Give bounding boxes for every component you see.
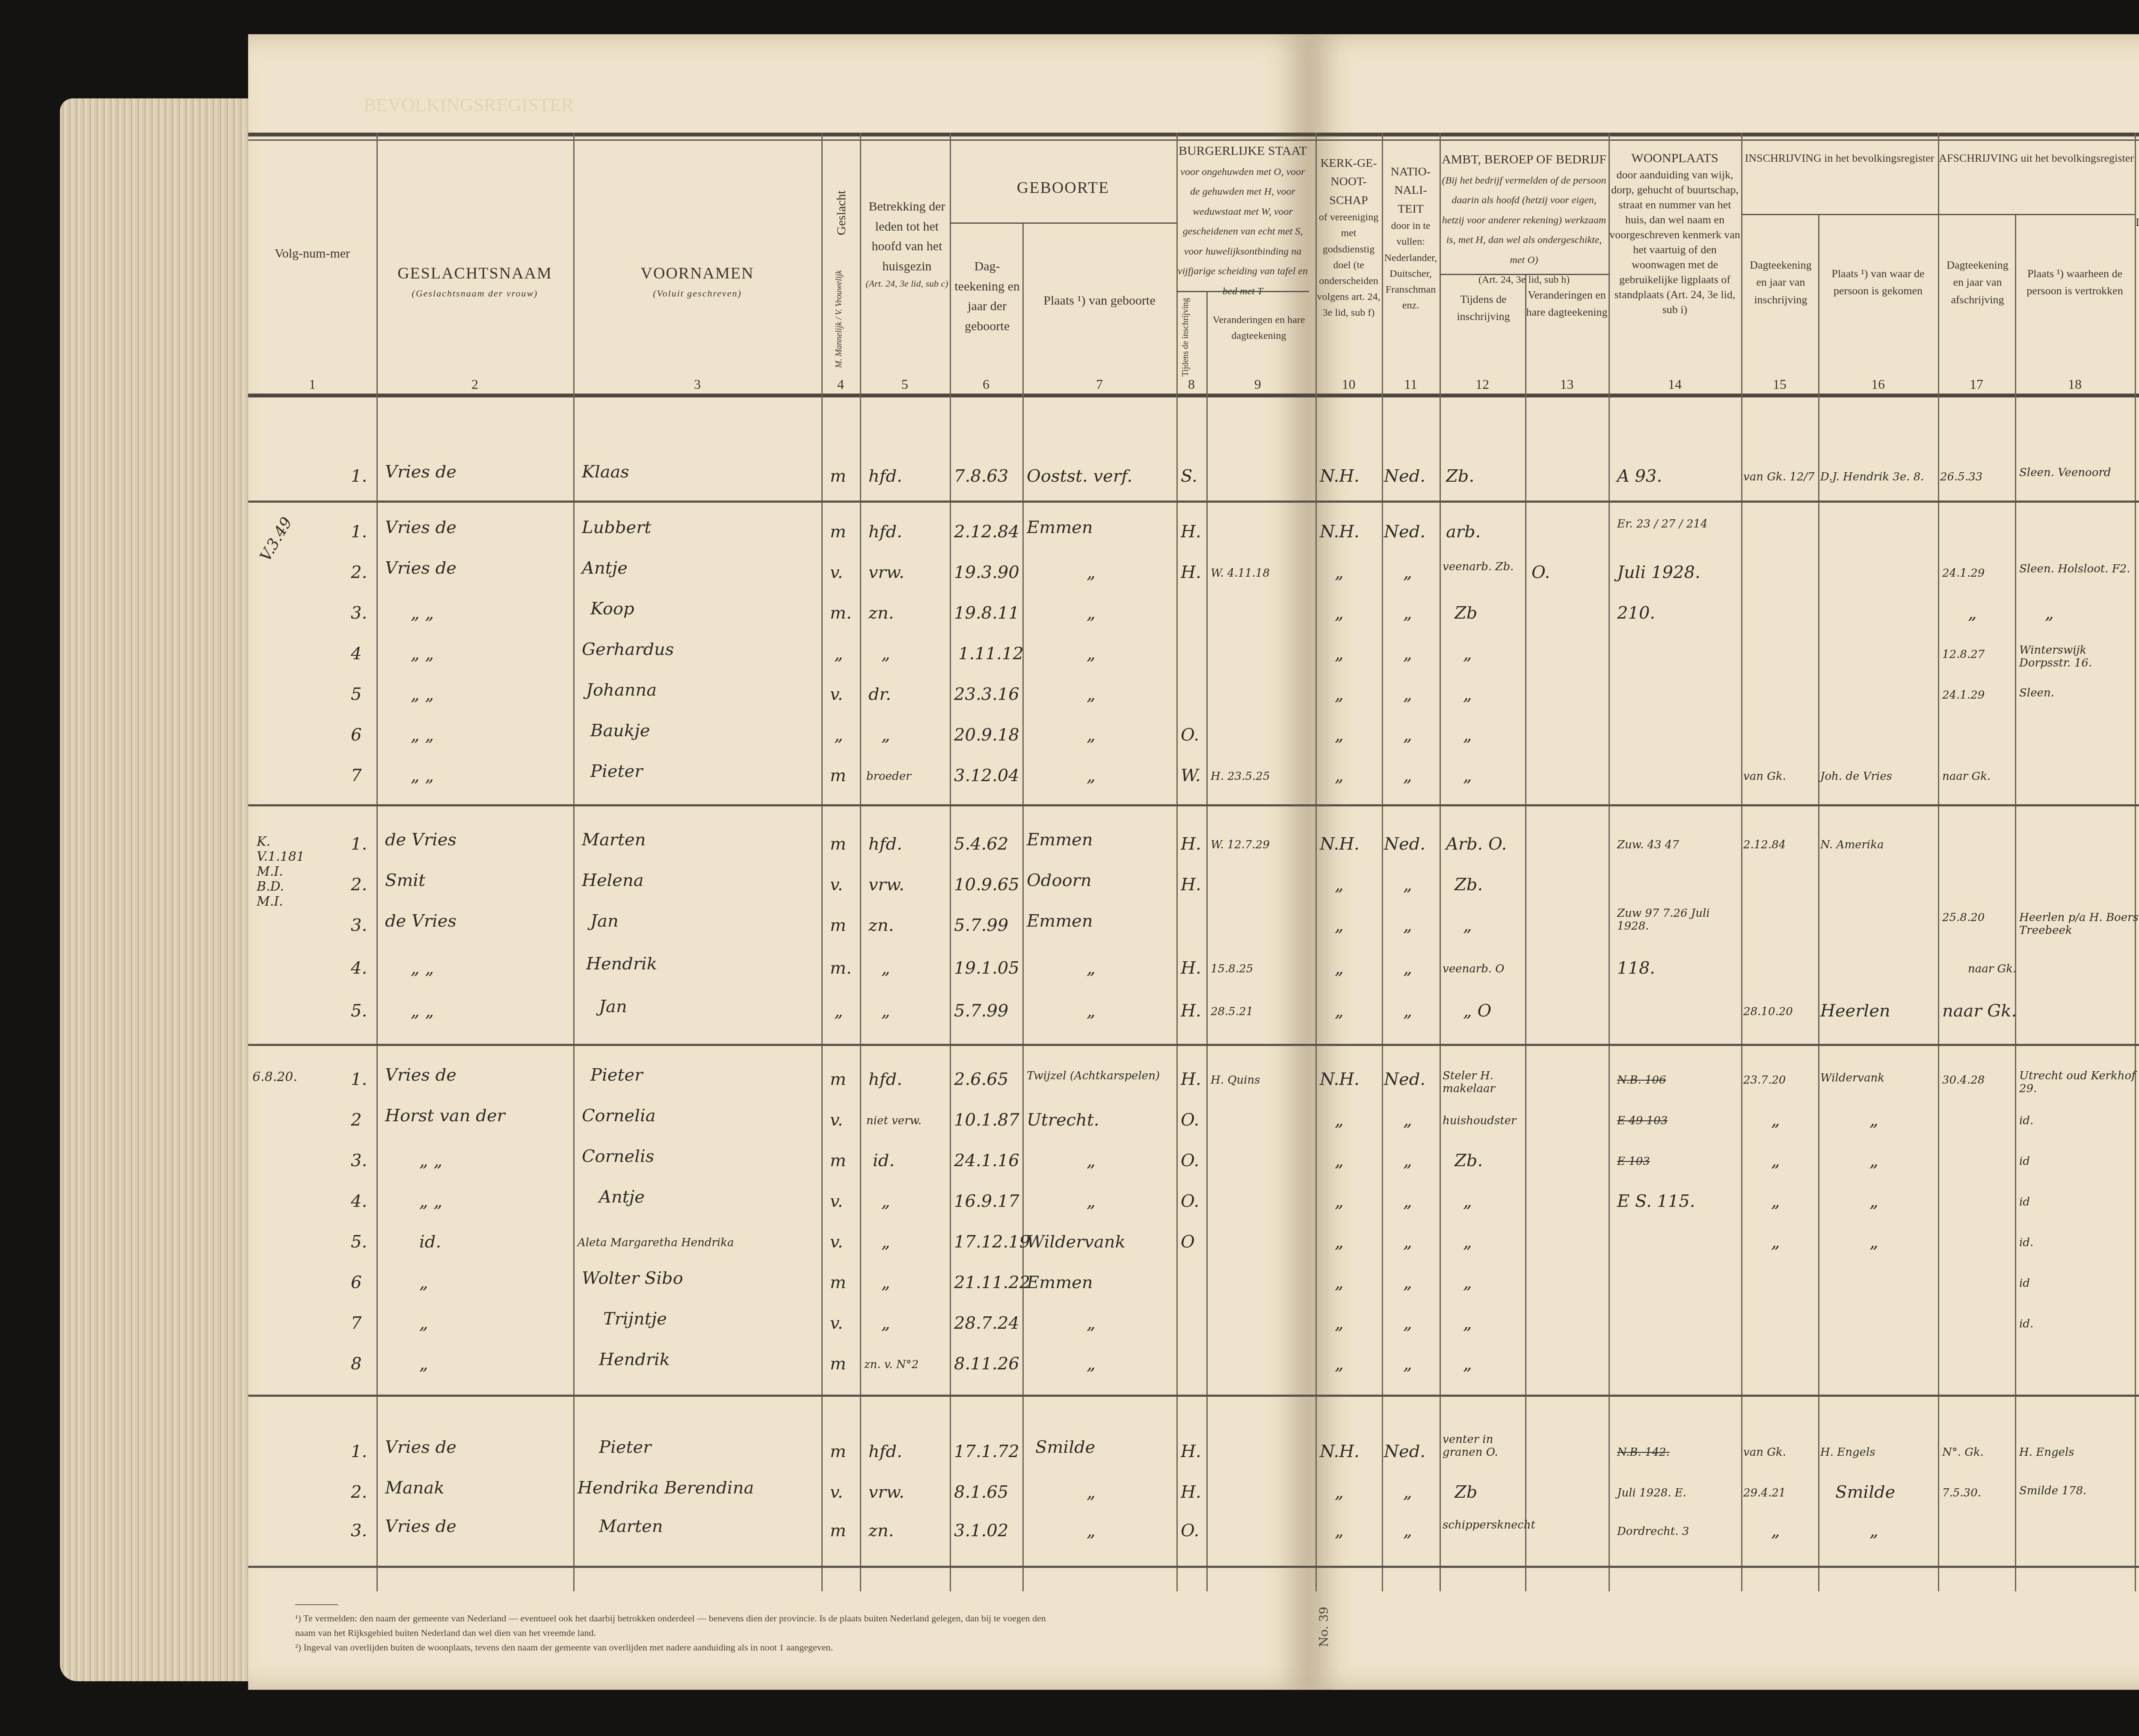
row-given: Cornelia: [582, 1106, 656, 1126]
row-sex: v.: [830, 684, 843, 704]
colnum-9: 9: [1206, 376, 1309, 392]
row-church: N.H.: [1320, 1442, 1360, 1461]
col-divider: [2015, 214, 2016, 1591]
row-sex: v.: [830, 1482, 843, 1502]
row-given: Hendrika Berendina: [578, 1478, 754, 1498]
geboorte-subrule: [950, 222, 1176, 224]
col5-label: Betrekking der leden tot het hoofd van h…: [868, 199, 945, 273]
row-in-place: „: [1869, 1191, 1878, 1211]
row-nationality: „: [1403, 1354, 1412, 1374]
row-given: Trijntje: [603, 1309, 667, 1329]
row-given: Pieter: [590, 761, 643, 781]
row-sex: m: [830, 834, 846, 854]
row-surname: Vries de: [385, 1065, 456, 1085]
row-out-date: 25.8.20: [1942, 911, 1985, 924]
row-out-place: Heerlen p/a H. Boersma, Het Treebeek: [2019, 911, 2139, 937]
row-birth-date: 3.1.02: [954, 1521, 1008, 1540]
row-surname: „ „: [411, 1001, 434, 1021]
row-out-date: id.: [2019, 1318, 2033, 1330]
row-given: Wolter Sibo: [582, 1268, 683, 1288]
col16-label: Plaats ¹) van waar de persoon is gekomen: [1818, 265, 1938, 300]
row-birth-place: Smilde: [1035, 1437, 1095, 1457]
ambt-title: AMBT, BEROEP OF BEDRIJF: [1442, 152, 1606, 166]
row-sex: „: [834, 1001, 843, 1021]
row-given: Hendrik: [586, 954, 657, 974]
header-bottom-rule: [248, 394, 1309, 397]
row-out-date: naar Gk.: [1942, 1001, 2017, 1021]
row-church: „: [1335, 766, 1344, 785]
row-given: Pieter: [590, 1065, 643, 1085]
household-divider: [1309, 1395, 2139, 1397]
row-residence: Juli 1928. E.: [1617, 1487, 1686, 1499]
row-surname: „ „: [411, 766, 434, 785]
row-surname: „ „: [411, 958, 434, 978]
header-bottom-rule: [1309, 394, 2139, 397]
row-residence: Er. 23 / 27 / 214: [1617, 518, 1707, 530]
row-civil: O.: [1181, 725, 1199, 745]
row-birth-place: „: [1087, 958, 1096, 978]
right-page: No. 39 Nummer van het blad KERK-GE-NOOT-…: [1309, 34, 2139, 1690]
row-rel: „: [881, 958, 890, 978]
row-nr: 7: [351, 1313, 361, 1333]
row-sex: m: [830, 1273, 846, 1292]
row-birth-place: Emmen: [1027, 518, 1093, 537]
row-in-place: „: [1869, 1151, 1878, 1170]
row-civil: O: [1181, 1232, 1195, 1252]
row-nr: 1.: [351, 522, 367, 542]
row-sex: m: [830, 1442, 846, 1461]
col-divider: [2135, 133, 2136, 1591]
row-civil-change: W. 4.11.18: [1211, 567, 1270, 580]
row-surname: „: [419, 1313, 428, 1333]
row-residence: E 49 103: [1617, 1114, 1668, 1127]
row-civil: W.: [1181, 766, 1201, 785]
row-out-date: 24.1.29: [1942, 689, 1985, 702]
col-divider: [1382, 133, 1383, 1591]
row-birth-place: Emmen: [1027, 1273, 1093, 1292]
row-civil: H.: [1181, 958, 1201, 978]
row-occupation: „: [1463, 1191, 1472, 1211]
row-nationality: „: [1403, 1001, 1412, 1021]
row-given: Johanna: [586, 680, 657, 700]
col1-header: Volg-num-mer: [248, 244, 376, 264]
row-church: „: [1335, 725, 1344, 745]
row-rel: niet verw.: [866, 1114, 921, 1127]
row-occupation: veenarb. Zb.: [1443, 560, 1514, 573]
row-birth-date: 2.6.65: [954, 1069, 1008, 1089]
row-out-date: id: [2019, 1155, 2030, 1168]
row-birth-date: 19.1.05: [954, 958, 1019, 978]
row-nationality: „: [1403, 915, 1412, 935]
row-out-place: Sleen. Holsloot. F2.: [2019, 563, 2135, 575]
book-page-edges: [60, 98, 248, 1681]
colnum-16: 16: [1818, 376, 1938, 392]
row-occupation: Zb.: [1455, 1151, 1483, 1170]
afschrijving-group: AFSCHRIJVING uit het bevolkingsregister: [1938, 150, 2135, 167]
col-divider: [821, 133, 823, 1591]
row-birth-date: 19.3.90: [954, 563, 1019, 582]
row-sex: v.: [830, 1313, 843, 1333]
col3-sub: (Voluit geschreven): [573, 286, 821, 301]
row-birth-place: Emmen: [1027, 830, 1093, 850]
margin-note: K. V.1.181 M.I. B.D. M.I.: [257, 834, 308, 909]
row-birth-place: „: [1087, 725, 1096, 745]
row-birth-date: 19.8.11: [954, 603, 1019, 623]
row-church: „: [1335, 563, 1344, 582]
row-residence: Zuw 97 7.26 Juli 1928.: [1617, 907, 1737, 933]
row-residence: Juli 1928.: [1617, 563, 1701, 582]
row-civil: O.: [1181, 1191, 1199, 1211]
header-top-rule-thin: [248, 139, 1309, 141]
row-in-date: „: [1771, 1151, 1780, 1170]
row-surname: de Vries: [385, 830, 456, 850]
row-nationality: Ned.: [1384, 834, 1425, 854]
footnotes: ¹) Te vermelden: den naam der gemeente v…: [295, 1604, 1065, 1655]
row-sex: v.: [830, 875, 843, 895]
row-rel: hfd.: [868, 834, 902, 854]
col10-header: KERK-GE-NOOT-SCHAP of vereeniging met go…: [1315, 154, 1382, 321]
row-given: Marten: [599, 1517, 663, 1536]
col19-label: Dagteekening en jaar van OVERLIJDEN ²): [2135, 214, 2139, 283]
row-surname: de Vries: [385, 911, 456, 931]
row-in-place: Smilde: [1835, 1482, 1895, 1502]
col14-label: WOONPLAATS: [1631, 151, 1718, 165]
row-given: Koop: [590, 599, 634, 619]
row-nationality: „: [1403, 766, 1412, 785]
row-surname: „: [419, 1354, 428, 1374]
footnote-rule: [295, 1604, 338, 1605]
col-divider: [376, 133, 378, 1591]
row-occupation: „: [1463, 1273, 1472, 1292]
row-given: Jan: [599, 997, 627, 1016]
row-in-place: „: [1869, 1232, 1878, 1252]
row-church: „: [1335, 1521, 1344, 1540]
row-surname: „ „: [419, 1151, 442, 1170]
col11-header: NATIO-NALI-TEIT door in te vullen: Neder…: [1382, 163, 1440, 314]
colnum-7: 7: [1022, 376, 1176, 392]
row-civil: H.: [1181, 1482, 1201, 1502]
row-birth-date: 23.3.16: [954, 684, 1019, 704]
row-surname: Manak: [385, 1478, 444, 1498]
row-given: Hendrik: [599, 1350, 670, 1369]
row-surname: „ „: [411, 603, 434, 623]
col3-label: VOORNAMEN: [641, 264, 754, 282]
colnum-1: 1: [248, 376, 376, 392]
ambt-group: AMBT, BEROEP OF BEDRIJF (Bij het bedrijf…: [1440, 150, 1609, 289]
row-occupation: „ O: [1463, 1001, 1491, 1021]
row-surname: Smit: [385, 871, 425, 890]
row-rel: hfd.: [868, 466, 902, 486]
row-birth-date: 5.7.99: [954, 1001, 1008, 1021]
row-occupation: Zb.: [1455, 875, 1483, 895]
row-church: „: [1335, 1232, 1344, 1252]
row-out-date: 24.1.29: [1942, 567, 1985, 580]
row-in-date: „: [1771, 1110, 1780, 1130]
row-nr: 1.: [351, 1069, 367, 1089]
row-birth-date: 5.4.62: [954, 834, 1008, 854]
geboorte-group: GEBOORTE: [950, 175, 1176, 201]
row-in-place: Heerlen: [1820, 1001, 1890, 1021]
household-divider: [248, 501, 1309, 503]
row-birth-place: Wildervank: [1027, 1232, 1126, 1252]
row-rel: vrw.: [868, 1482, 904, 1502]
margin-note: V.3.49: [257, 514, 296, 564]
row-birth-date: 8.1.65: [954, 1482, 1008, 1502]
row-occupation: huishoudster: [1443, 1114, 1517, 1127]
row-nr: 4: [351, 644, 361, 664]
household-divider: [248, 1044, 1309, 1046]
row-in-date: „: [1771, 1521, 1780, 1540]
row-sex: v.: [830, 1191, 843, 1211]
row-out-place: Utrecht oud Kerkhof 29.: [2019, 1069, 2139, 1095]
col11-sub: door in te vullen: Nederlander, Duitsche…: [1382, 218, 1440, 314]
row-birth-place: „: [1087, 1354, 1096, 1374]
colnum-8: 8: [1176, 376, 1206, 392]
row-surname: Vries de: [385, 462, 456, 482]
row-church: „: [1335, 875, 1344, 895]
row-given: Baukje: [590, 721, 650, 741]
row-rel: „: [881, 1001, 890, 1021]
row-birth-place: „: [1087, 644, 1096, 664]
row-civil: H.: [1181, 1069, 1201, 1089]
row-surname: „: [419, 1273, 428, 1292]
row-given: Helena: [582, 871, 644, 890]
row-occupation: schippersknecht: [1443, 1519, 1524, 1532]
row-in-date: 2.12.84: [1743, 838, 1786, 851]
colnum-13: 13: [1525, 376, 1609, 392]
row-in-date: 28.10.20: [1743, 1005, 1793, 1018]
row-church: „: [1335, 1354, 1344, 1374]
row-nr: 3.: [351, 603, 367, 623]
burgerlijke-note: voor ongehuwden met O, voor de gehuwden …: [1178, 166, 1308, 297]
row-out-place: Sleen. Veenoord: [2019, 466, 2130, 479]
row-rel: dr.: [868, 684, 891, 704]
row-occupation: veenarb. O: [1443, 963, 1505, 975]
row-birth-date: 10.1.87: [954, 1110, 1019, 1130]
row-birth-date: 3.12.04: [954, 766, 1019, 785]
row-rel: zn.: [868, 603, 894, 623]
col14-header: WOONPLAATS door aanduiding van wijk, dor…: [1609, 150, 1741, 317]
row-residence: E S. 115.: [1617, 1191, 1695, 1211]
row-in-date: van Gk. 12/7: [1743, 471, 1815, 483]
row-given: Antje: [582, 558, 628, 578]
row-nr: 2: [351, 1110, 361, 1130]
row-rel: hfd.: [868, 1069, 902, 1089]
row-nr: 1.: [351, 1442, 367, 1461]
row-out-date: id: [2019, 1277, 2030, 1290]
row-church: „: [1335, 1001, 1344, 1021]
col-divider: [1315, 133, 1317, 1591]
row-surname: Vries de: [385, 518, 456, 537]
row-church: „: [1335, 1482, 1344, 1502]
row-civil: H.: [1181, 563, 1201, 582]
row-birth-date: 28.7.24: [954, 1313, 1019, 1333]
row-nr: 2.: [351, 563, 367, 582]
colnum-2: 2: [376, 376, 573, 392]
row-rel: „: [881, 1273, 890, 1292]
row-nationality: Ned.: [1384, 522, 1425, 542]
row-birth-place: „: [1087, 766, 1096, 785]
col6-label: Dag-teekening en jaar der geboorte: [952, 257, 1022, 336]
row-nr: 3.: [351, 1151, 367, 1170]
left-page: BEVOLKINGSREGISTER Volg-num-mer GESLACHT…: [248, 34, 1309, 1690]
row-nr: 1.: [351, 834, 367, 854]
row-birth-place: Twijzel (Achtkarspelen): [1027, 1069, 1172, 1082]
col1-label: Volg-num-mer: [275, 246, 350, 261]
row-nr: 5: [351, 684, 361, 704]
row-rel: hfd.: [868, 522, 902, 542]
row-birth-date: 1.11.12: [958, 644, 1024, 664]
row-church: „: [1335, 1191, 1344, 1211]
row-rel: „: [881, 725, 890, 745]
row-birth-place: „: [1087, 603, 1096, 623]
row-church: „: [1335, 958, 1344, 978]
col12-label: Tijdens de inschrijving: [1442, 291, 1525, 326]
row-nationality: „: [1403, 1191, 1412, 1211]
row-surname: Vries de: [385, 1437, 456, 1457]
row-residence: E 103: [1617, 1155, 1650, 1168]
row-nr: 6: [351, 725, 361, 745]
row-birth-date: 21.11.22: [954, 1273, 1030, 1292]
ambt-art: (Art. 24, 3e lid, sub h): [1478, 274, 1570, 285]
row-church: „: [1335, 684, 1344, 704]
row-nationality: „: [1403, 1232, 1412, 1252]
row-birth-date: 16.9.17: [954, 1191, 1019, 1211]
row-occupation: „: [1463, 684, 1472, 704]
row-sex: v.: [830, 563, 843, 582]
row-occupation: „: [1463, 915, 1472, 935]
row-rel: vrw.: [868, 563, 904, 582]
row-sex: „: [834, 644, 843, 664]
row-nr: 3.: [351, 915, 367, 935]
colnum-3: 3: [573, 376, 821, 392]
row-sex: v.: [830, 1232, 843, 1252]
row-occupation: „: [1463, 1232, 1472, 1252]
row-residence: Dordrecht. 3: [1617, 1525, 1689, 1538]
household-divider: [248, 1395, 1309, 1397]
row-nr: 8: [351, 1354, 361, 1374]
row-sex: „: [834, 725, 843, 745]
row-residence: Zuw. 43 47: [1617, 838, 1679, 851]
col13-label: Veranderingen en hare dagteekening: [1525, 287, 1609, 321]
row-nr: 3.: [351, 1521, 367, 1540]
row-occupation: Zb: [1455, 603, 1477, 623]
margin-note: 6.8.20.: [252, 1069, 297, 1084]
row-rel: zn. v. N°2: [864, 1358, 918, 1371]
col3-header: VOORNAMEN (Voluit geschreven): [573, 261, 821, 301]
row-out-place: Smilde 178.: [2019, 1484, 2130, 1497]
row-birth-place: „: [1087, 1151, 1096, 1170]
row-church: „: [1335, 644, 1344, 664]
col18-label: Plaats ¹) waarheen de persoon is vertrok…: [2015, 265, 2135, 300]
row-residence: N.B. 142.: [1617, 1446, 1670, 1459]
row-given: Antje: [599, 1187, 645, 1207]
row-in-place: N. Amerika: [1820, 838, 1884, 851]
row-birth-date: 10.9.65: [954, 875, 1019, 895]
row-in-date: „: [1771, 1191, 1780, 1211]
header-top-rule: [248, 133, 1309, 136]
row-occupation: venter in granen O.: [1443, 1433, 1524, 1459]
col11-label: NATIO-NALI-TEIT: [1391, 165, 1431, 216]
row-out-date: id: [2019, 1196, 2030, 1209]
colnum-5: 5: [860, 376, 950, 392]
row-nationality: „: [1403, 875, 1412, 895]
row-birth-place: „: [1087, 1482, 1096, 1502]
row-civil: O.: [1181, 1521, 1199, 1540]
col15-label: Dagteekening en jaar van inschrijving: [1743, 257, 1818, 308]
footnote-2: ²) Ingeval van overlijden buiten de woon…: [295, 1640, 1065, 1655]
row-birth-date: 17.12.19: [954, 1232, 1030, 1252]
row-surname: Vries de: [385, 1517, 456, 1536]
colnum-15: 15: [1741, 376, 1818, 392]
row-in-date: 29.4.21: [1743, 1487, 1786, 1499]
row-in-place: Wildervank: [1820, 1072, 1884, 1084]
colnum-17: 17: [1938, 376, 2015, 392]
row-nr: 4.: [351, 1191, 367, 1211]
row-civil: H.: [1181, 834, 1201, 854]
row-civil-change: W. 12.7.29: [1211, 838, 1270, 851]
row-nationality: Ned.: [1384, 466, 1425, 486]
col4-label: Geslacht: [834, 190, 849, 235]
row-birth-place: „: [1087, 1313, 1096, 1333]
row-surname: Horst van der: [385, 1106, 505, 1126]
row-nationality: Ned.: [1384, 1069, 1425, 1089]
colnum-12: 12: [1440, 376, 1525, 392]
row-sex: m: [830, 466, 846, 486]
row-birth-date: 2.12.84: [954, 522, 1019, 542]
row-surname: „ „: [411, 725, 434, 745]
row-birth-place: Utrecht.: [1027, 1110, 1099, 1130]
row-given: Lubbert: [582, 518, 651, 537]
row-occupation: „: [1463, 725, 1472, 745]
row-surname: „ „: [411, 684, 434, 704]
row-out-date: N°. Gk.: [1942, 1446, 1984, 1459]
col4-sub: M. Mannelijk / V. Vrouwelijk: [834, 270, 844, 368]
row-nr: 4.: [351, 958, 367, 978]
row-given: Pieter: [599, 1437, 651, 1457]
header-top-rule: [1309, 133, 2139, 136]
row-given: Gerhardus: [582, 640, 674, 659]
row-occupation: Arb. O.: [1446, 834, 1507, 854]
row-civil-change: 28.5.21: [1211, 1005, 1253, 1018]
row-nationality: Ned.: [1384, 1442, 1425, 1461]
row-civil-change: H. Quins: [1211, 1074, 1260, 1087]
row-out-date: „: [1968, 603, 1977, 623]
household-divider: [248, 804, 1309, 806]
row-in-place: D.J. Hendrik 3e. 8.: [1820, 471, 1936, 483]
row-rel: „: [881, 1191, 890, 1211]
row-in-place: „: [1869, 1110, 1878, 1130]
row-nr: 5.: [351, 1232, 367, 1252]
row-out-place: Sleen.: [2019, 687, 2054, 699]
row-nationality: „: [1403, 958, 1412, 978]
row-birth-place: „: [1087, 1001, 1096, 1021]
row-church: N.H.: [1320, 466, 1360, 486]
row-civil: H.: [1181, 875, 1201, 895]
col-divider: [1741, 133, 1742, 1591]
ambt-note: (Bij het bedrijf vermelden of de persoon…: [1442, 175, 1606, 266]
row-sex: m.: [830, 958, 852, 978]
row-civil: H.: [1181, 1442, 1201, 1461]
col2-sub: (Geslachtsnaam der vrouw): [376, 286, 573, 301]
col-divider: [1609, 133, 1610, 1591]
col-divider: [1525, 274, 1526, 1591]
row-rel: zn.: [868, 915, 894, 935]
inschrijving-group: INSCHRIJVING in het bevolkingsregister: [1741, 150, 1938, 167]
row-birth-date: 7.8.63: [954, 466, 1008, 486]
row-church: N.H.: [1320, 834, 1360, 854]
row-civil: H.: [1181, 1001, 1201, 1021]
